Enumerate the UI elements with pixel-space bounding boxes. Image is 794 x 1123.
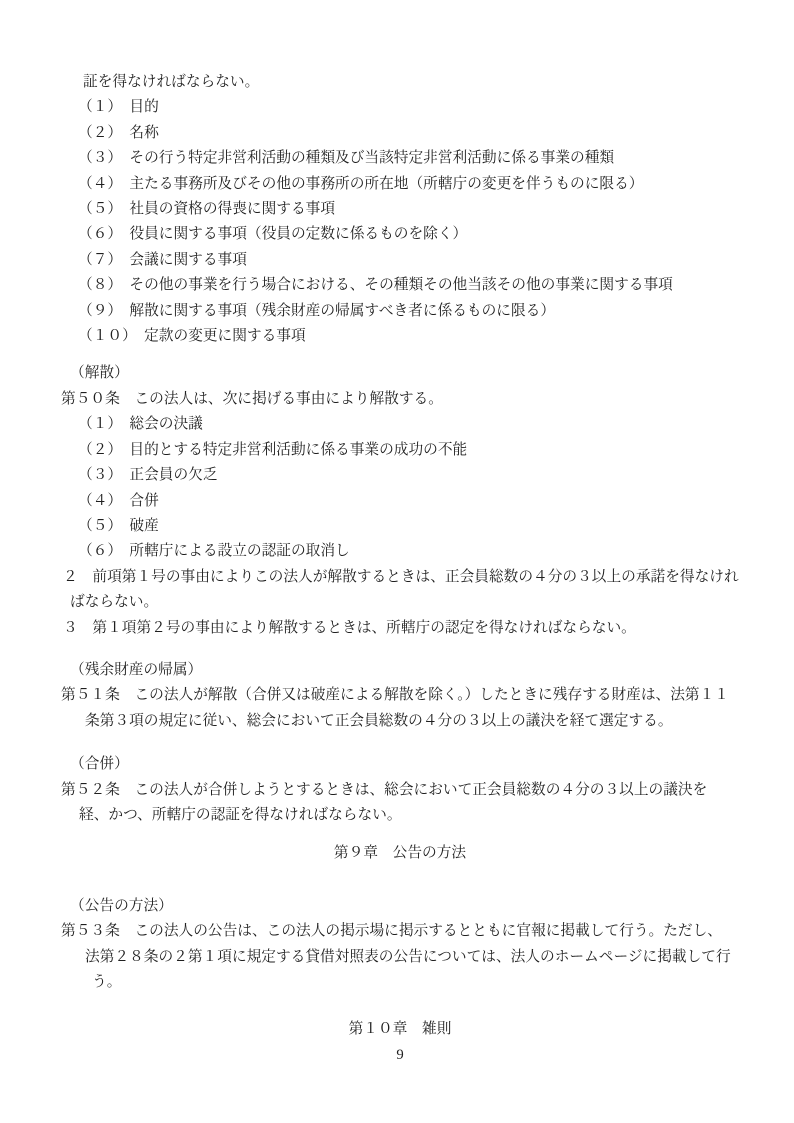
blank-line (61, 867, 739, 894)
article-line: 第５１条 この法人が解散（合併又は破産による解散を除く。）したときに残存する財産… (61, 683, 739, 708)
article-caption: （合併） (61, 752, 739, 777)
wrapped-line: ばならない。 (61, 590, 739, 615)
article-line: 第５２条 この法人が合併しようとするときは、総会において正会員総数の４分の３以上… (61, 778, 739, 803)
list-item: （８） その他の事業を行う場合における、その種類その他当該その他の事業に関する事… (61, 273, 739, 298)
blank-line (61, 734, 739, 752)
list-item: （３） 正会員の欠乏 (61, 463, 739, 488)
blank-line (61, 641, 739, 658)
wrapped-line: 条第３項の規定に従い、総会において正会員総数の４分の３以上の議決を経て選定する。 (61, 709, 739, 734)
document-content: 証を得なければならない。（１） 目的（２） 名称（３） その行う特定非営利活動の… (61, 70, 739, 1068)
continuation-line: 証を得なければならない。 (61, 70, 739, 95)
article-caption: （残余財産の帰属） (61, 658, 739, 683)
list-item: （４） 主たる事務所及びその他の事務所の所在地（所轄庁の変更を伴うものに限る） (61, 172, 739, 197)
paragraph-line: ２ 前項第１号の事由によりこの法人が解散するときは、正会員総数の４分の３以上の承… (61, 565, 739, 590)
page-number: 9 (61, 1043, 739, 1068)
chapter-heading: 第９章 公告の方法 (61, 841, 739, 866)
article-line: 第５０条 この法人は、次に掲げる事由により解散する。 (61, 387, 739, 412)
list-item: （４） 合併 (61, 489, 739, 514)
list-item: （１） 目的 (61, 95, 739, 120)
document-page: 証を得なければならない。（１） 目的（２） 名称（３） その行う特定非営利活動の… (0, 0, 794, 1123)
blank-line (61, 349, 739, 361)
list-item: （７） 会議に関する事項 (61, 248, 739, 273)
list-item: （６） 所轄庁による設立の認証の取消し (61, 539, 739, 564)
paragraph-line: ３ 第１項第２号の事由により解散するときは、所轄庁の認定を得なければならない。 (61, 616, 739, 641)
wrapped-line: 経、かつ、所轄庁の認証を得なければならない。 (61, 803, 739, 828)
article-caption: （解散） (61, 361, 739, 386)
list-item: （３） その行う特定非営利活動の種類及び当該特定非営利活動に係る事業の種類 (61, 146, 739, 171)
article-caption: （公告の方法） (61, 894, 739, 919)
blank-line (61, 828, 739, 841)
list-item: （１０） 定款の変更に関する事項 (61, 324, 739, 349)
chapter-heading: 第１０章 雑則 (61, 1017, 739, 1042)
list-item: （５） 社員の資格の得喪に関する事項 (61, 197, 739, 222)
wrapped-line: 法第２８条の２第１項に規定する貸借対照表の公告については、法人のホームページに掲… (61, 945, 739, 970)
blank-line (61, 995, 739, 1017)
list-item: （２） 目的とする特定非営利活動に係る事業の成功の不能 (61, 438, 739, 463)
wrapped-line: う。 (61, 970, 739, 995)
list-item: （２） 名称 (61, 121, 739, 146)
list-item: （１） 総会の決議 (61, 412, 739, 437)
list-item: （６） 役員に関する事項（役員の定数に係るものを除く） (61, 222, 739, 247)
list-item: （９） 解散に関する事項（残余財産の帰属すべき者に係るものに限る） (61, 299, 739, 324)
list-item: （５） 破産 (61, 514, 739, 539)
article-line: 第５３条 この法人の公告は、この法人の掲示場に掲示するとともに官報に掲載して行う… (61, 919, 739, 944)
